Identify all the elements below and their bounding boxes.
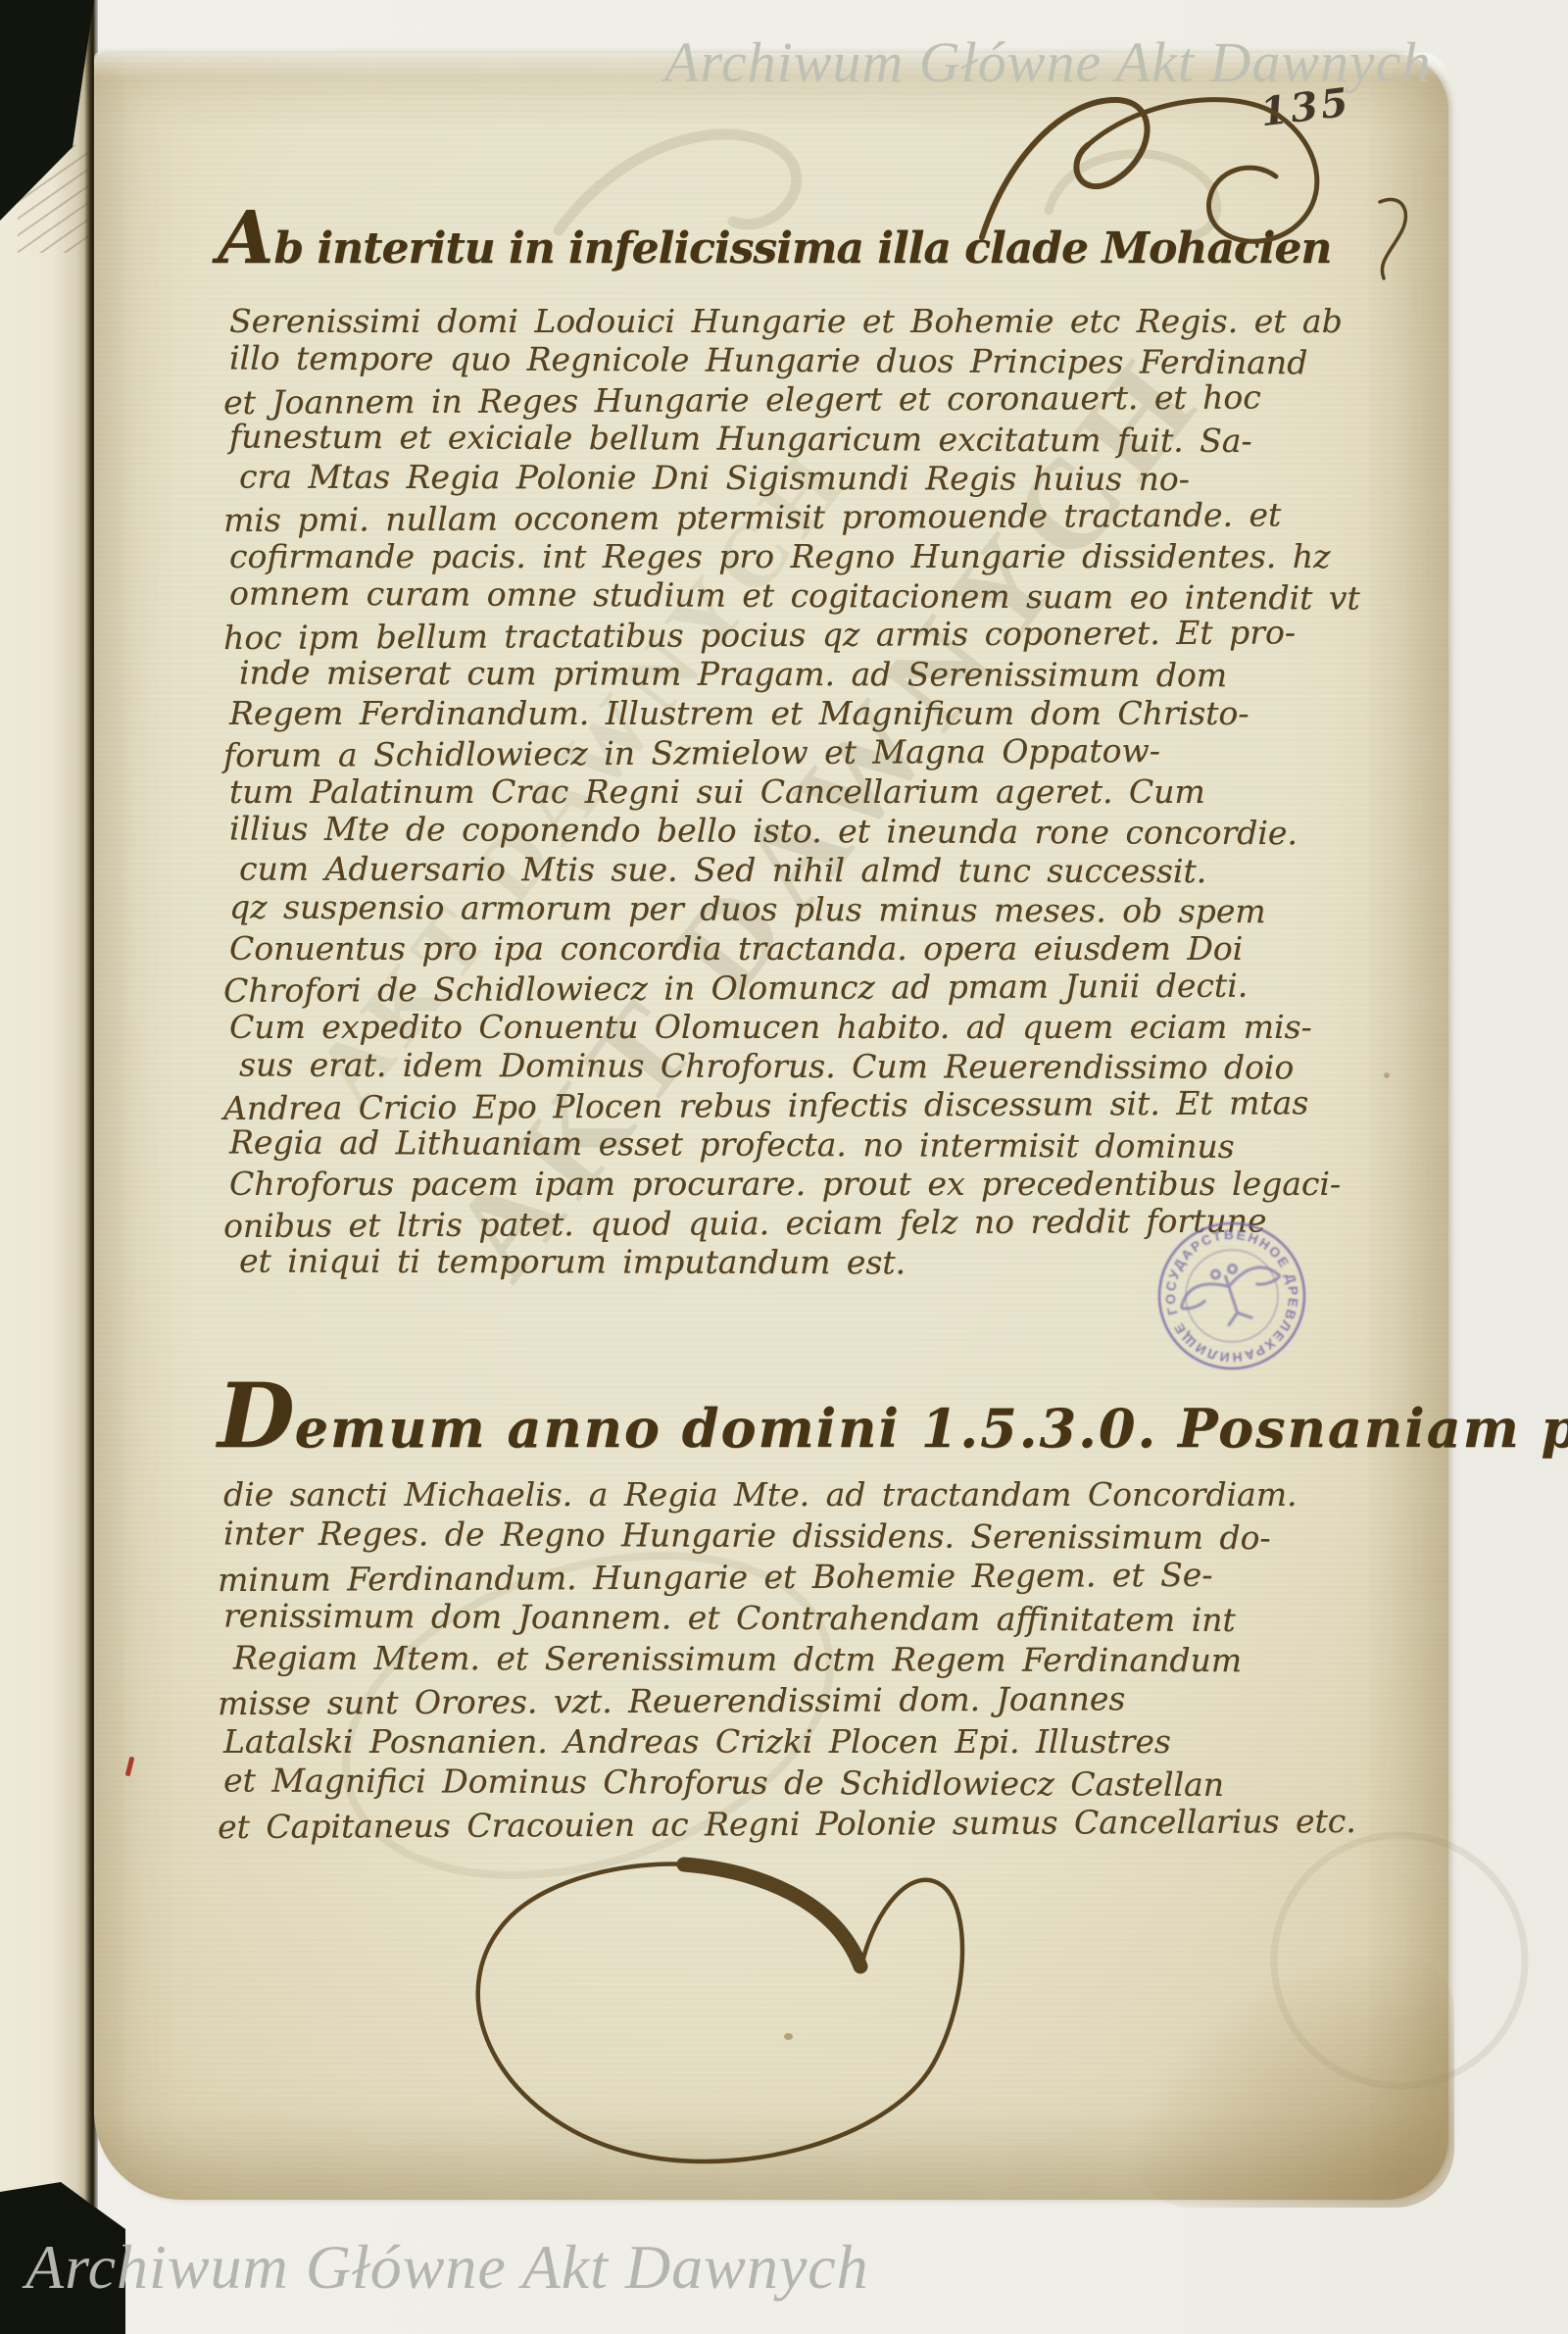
manuscript-line: die sancti Michaelis. a Regia Mte. ad tr… xyxy=(223,1474,1362,1515)
manuscript-line: cum Aduersario Mtis sue. Sed nihil almd … xyxy=(239,850,1370,892)
manuscript-line: et Magnifici Dominus Chroforus de Schidl… xyxy=(223,1760,1362,1806)
manuscript-line: et Capitaneus Cracouien ac Regni Polonie… xyxy=(218,1801,1356,1848)
manuscript-line: Serenissimi domi Lodouici Hungarie et Bo… xyxy=(229,302,1360,341)
manuscript-line: renissimum dom Joannem. et Contrahendam … xyxy=(223,1595,1362,1641)
manuscript-line: mis pmi. nullam occonem ptermisit promou… xyxy=(223,495,1354,540)
manuscript-line: funestum et exiciale bellum Hungaricum e… xyxy=(229,417,1360,461)
manuscript-line: onibus et ltris patet. quod quia. eciam … xyxy=(223,1201,1354,1246)
manuscript-line: Regem Ferdinandum. Illustrem et Magnific… xyxy=(229,694,1360,733)
manuscript-line: inde miserat cum primum Pragam. ad Seren… xyxy=(239,654,1370,696)
manuscript-line: illius Mte de coponendo bello isto. et i… xyxy=(229,809,1360,853)
manuscript-line: et iniqui ti temporum imputandum est. xyxy=(239,1242,1370,1284)
page-corner-stain xyxy=(1131,1953,1454,2208)
paragraph-2: die sancti Michaelis. a Regia Mte. ad tr… xyxy=(223,1474,1362,1845)
manuscript-line: tum Palatinum Crac Regni sui Cancellariu… xyxy=(229,772,1360,812)
manuscript-line: Andrea Cricio Epo Plocen rebus infectis … xyxy=(223,1083,1354,1128)
manuscript-line: Latalski Posnanien. Andreas Crizki Ploce… xyxy=(223,1721,1362,1763)
manuscript-line: Cum expedito Conuentu Olomucen habito. a… xyxy=(229,1008,1360,1047)
section-heading-2: Demum anno domini 1.5.3.0. Posnaniam pro xyxy=(218,1365,1568,1468)
manuscript-line: cra Mtas Regia Polonie Dni Sigismundi Re… xyxy=(239,458,1370,500)
manuscript-line: et Joannem in Reges Hungarie elegert et … xyxy=(223,377,1354,422)
manuscript-line: cofirmande pacis. int Reges pro Regno Hu… xyxy=(229,537,1360,576)
paper-speck xyxy=(1384,1072,1390,1078)
manuscript-scan: AKT DAWNYCH AKT DAWNYCH 135 Ab interitu … xyxy=(0,0,1568,2334)
manuscript-line: misse sunt Orores. vzt. Reuerendissimi d… xyxy=(218,1677,1356,1724)
manuscript-line: qz suspensio armorum per duos plus minus… xyxy=(229,887,1360,931)
facing-page-edge xyxy=(0,0,94,2334)
archive-watermark-bottom: Archiwum Główne Akt Dawnych xyxy=(25,2231,869,2304)
manuscript-line: hoc ipm bellum tractatibus pocius qz arm… xyxy=(223,613,1354,658)
manuscript-line: Chroforus pacem ipam procurare. prout ex… xyxy=(229,1165,1360,1204)
manuscript-line: Regiam Mtem. et Serenissimum dctm Regem … xyxy=(233,1638,1372,1682)
paper-speck xyxy=(784,2033,793,2040)
paragraph-1: Serenissimi domi Lodouici Hungarie et Bo… xyxy=(229,302,1360,1282)
manuscript-line: illo tempore quo Regnicole Hungarie duos… xyxy=(229,338,1360,382)
manuscript-line: omnem curam omne studium et cogitacionem… xyxy=(229,573,1360,618)
manuscript-line: Regia ad Lithuaniam esset profecta. no i… xyxy=(229,1122,1360,1167)
manuscript-line: minum Ferdinandum. Hungarie et Bohemie R… xyxy=(218,1554,1356,1601)
manuscript-line: Chrofori de Schidlowiecz in Olomuncz ad … xyxy=(223,966,1354,1011)
manuscript-line: sus erat. idem Dominus Chroforus. Cum Re… xyxy=(239,1046,1370,1088)
section-heading-1: Ab interitu in infelicissima illa clade … xyxy=(218,196,1331,280)
manuscript-line: forum a Schidlowiecz in Szmielow et Magn… xyxy=(223,730,1354,775)
manuscript-line: inter Reges. de Regno Hungarie dissidens… xyxy=(223,1513,1362,1559)
manuscript-line: Conuentus pro ipa concordia tractanda. o… xyxy=(229,929,1360,968)
archive-watermark-top: Archiwum Główne Akt Dawnych xyxy=(664,29,1432,95)
